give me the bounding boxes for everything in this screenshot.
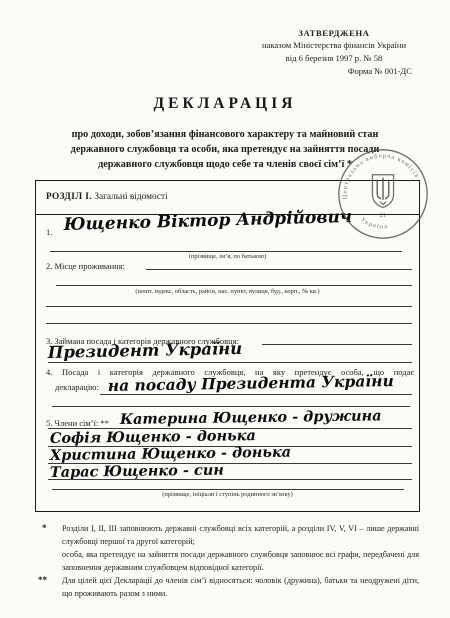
footnote-1-part-a: Розділи І, ІІ, ІІІ заповнюють державні с…: [62, 523, 419, 549]
field-4-number: 4.: [46, 367, 52, 377]
stamp-ring-text: Центральна виборча комісія: [342, 153, 419, 200]
approval-line-2: наказом Міністерства фінансів України: [234, 39, 434, 51]
field-5-label: 5. Члени сім’ї: **: [46, 418, 109, 428]
approval-line-3: від 6 березня 1997 р. № 58: [234, 52, 434, 64]
field-4-label-line-2: декларацію:: [55, 382, 99, 392]
footnote-2-marker: **: [38, 575, 47, 585]
field-1-handwritten-name: Ющенко Віктор Андрійович: [63, 207, 352, 235]
approval-block: ЗАТВЕРДЖЕНА наказом Міністерства фінансі…: [234, 27, 434, 64]
approval-line-1: ЗАТВЕРДЖЕНА: [234, 27, 434, 39]
field-5-number: 5.: [46, 418, 52, 428]
fill-line: [48, 362, 412, 363]
field-5-caption: (прізвище, ініціали і ступінь родинного …: [36, 491, 419, 498]
field-2-label: 2. Місце проживання:: [46, 261, 125, 271]
subtitle-line-1: про доходи, зобов’язання фінансового хар…: [25, 127, 425, 142]
section-1-heading-number: РОЗДІЛ І.: [46, 192, 92, 202]
stamp-number: 21: [380, 212, 387, 219]
field-1-caption: (прізвище, ім’я, по батькові): [36, 253, 419, 260]
declaration-document: ЗАТВЕРДЖЕНА наказом Міністерства фінансі…: [0, 0, 450, 618]
fill-line: [262, 344, 412, 345]
field-5-label-text: Члени сім’ї: **: [55, 418, 109, 428]
form-number: Форма № 001-ДС: [348, 66, 412, 76]
family-member-1: Катерина Ющенко - дружина: [120, 407, 382, 428]
field-2-caption: (пошт. індекс, область, район, нас. пунк…: [36, 288, 419, 295]
document-title: ДЕКЛАРАЦІЯ: [0, 95, 450, 113]
field-2-number: 2.: [46, 261, 52, 271]
field-2-label-text: Місце проживання:: [55, 261, 125, 271]
fill-line: [56, 285, 412, 286]
fill-line: [46, 323, 412, 324]
footnote-1-marker: *: [42, 523, 47, 533]
fill-line: [46, 306, 412, 307]
fill-line: [48, 479, 412, 480]
election-commission-stamp: Центральна виборча комісія Україна 21: [335, 146, 431, 242]
field-4-handwritten-position: на посаду Президента України: [108, 371, 394, 395]
field-3-handwritten-position: Президент України: [48, 339, 243, 362]
fill-line: [52, 489, 404, 490]
footnote-2-text: Для цілей цієї Декларації до членів сім’…: [62, 575, 419, 601]
footnote-1-part-b: особа, яка претендує на зайняття посади …: [62, 549, 419, 575]
footnote-2: Для цілей цієї Декларації до членів сім’…: [62, 575, 419, 601]
fill-line: [100, 394, 412, 395]
family-member-3: Христина Ющенко - донька: [50, 444, 291, 464]
footnote-1: Розділи І, ІІ, ІІІ заповнюють державні с…: [62, 523, 419, 575]
section-1-heading-text: Загальні відомості: [92, 192, 168, 202]
section-1-heading: РОЗДІЛ І. Загальні відомості: [46, 192, 168, 202]
fill-line: [146, 269, 412, 270]
tryzub-icon: [372, 175, 393, 208]
field-1-number: 1.: [46, 227, 52, 237]
fill-line: [50, 251, 402, 252]
